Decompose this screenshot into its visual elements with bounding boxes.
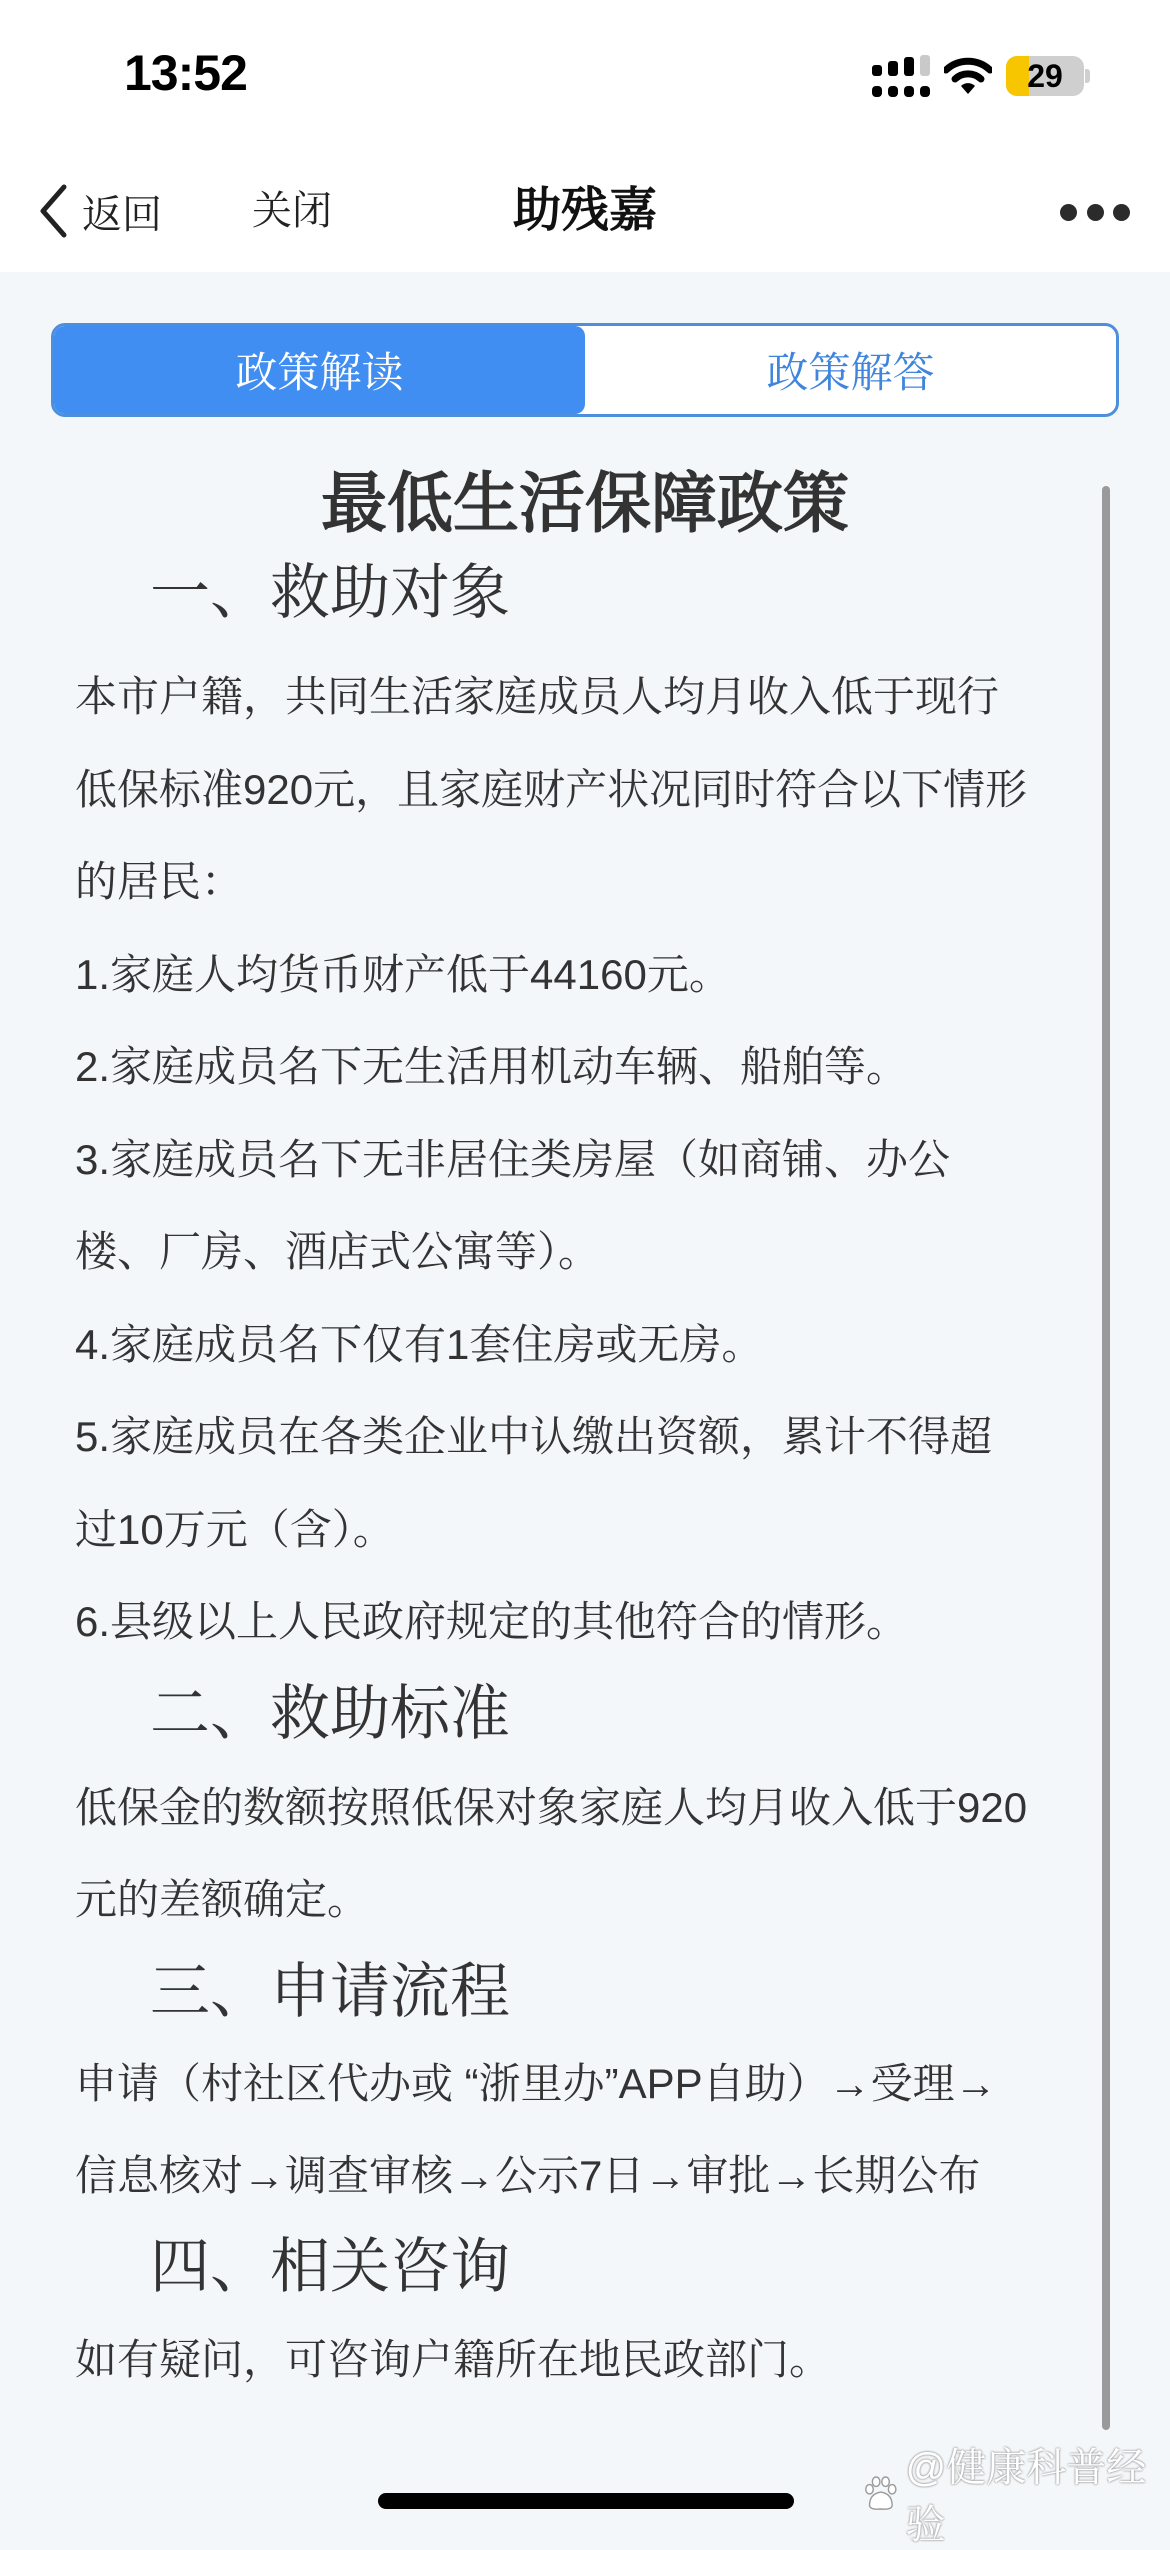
- signal-icon: [872, 55, 930, 97]
- section-heading: 一、救助对象: [150, 553, 510, 633]
- more-icon-dot: [1060, 204, 1077, 221]
- watermark: @健康科普经验: [862, 2468, 1170, 2518]
- tab-policy-interpretation[interactable]: 政策解读: [54, 326, 585, 414]
- document-title: 最低生活保障政策: [0, 458, 1170, 548]
- paragraph-line: 如有疑问，可咨询户籍所在地民政部门。: [75, 2330, 831, 2390]
- more-button[interactable]: [1060, 192, 1130, 232]
- section-heading: 二、救助标准: [150, 1674, 510, 1754]
- list-item: 2.家庭成员名下无生活用机动车辆、船舶等。: [75, 1037, 908, 1097]
- paragraph-line: 低保金的数额按照低保对象家庭人均月收入低于920: [75, 1778, 1027, 1838]
- more-icon-dot: [1113, 204, 1130, 221]
- section-heading: 四、相关咨询: [150, 2227, 510, 2307]
- list-item: 6.县级以上人民政府规定的其他符合的情形。: [75, 1592, 908, 1652]
- list-item: 3.家庭成员名下无非居住类房屋（如商铺、办公: [75, 1130, 950, 1190]
- list-item: 1.家庭人均货币财产低于44160元。: [75, 945, 731, 1005]
- page-title: 助残嘉: [0, 176, 1170, 246]
- tab-switcher: 政策解读 政策解答: [51, 323, 1119, 417]
- paragraph-line: 本市户籍，共同生活家庭成员人均月收入低于现行: [75, 667, 999, 727]
- list-item: 5.家庭成员在各类企业中认缴出资额，累计不得超: [75, 1407, 992, 1467]
- battery-icon: 29: [1006, 56, 1090, 96]
- paragraph-line: 申请（村社区代办或 “浙里办”APP自助）→受理→: [75, 2054, 997, 2114]
- status-time: 13:52: [124, 44, 247, 102]
- list-item: 楼、厂房、酒店式公寓等）。: [75, 1222, 600, 1282]
- paragraph-line: 低保标准920元，且家庭财产状况同时符合以下情形: [75, 760, 1027, 820]
- more-icon-dot: [1087, 204, 1104, 221]
- paragraph-line: 的居民：: [75, 852, 243, 912]
- watermark-text: @健康科普经验: [906, 2436, 1170, 2532]
- section-heading: 三、申请流程: [150, 1952, 510, 2032]
- status-icons: 29: [872, 54, 1090, 98]
- status-bar: 13:52 29: [0, 0, 1170, 150]
- baidu-paw-icon: [862, 2473, 900, 2513]
- list-item: 过10万元（含）。: [75, 1500, 395, 1560]
- list-item: 4.家庭成员名下仅有1套住房或无房。: [75, 1315, 763, 1375]
- paragraph-line: 元的差额确定。: [75, 1870, 369, 1930]
- battery-level: 29: [1006, 56, 1084, 96]
- paragraph-line: 信息核对→调查审核→公示7日→审批→长期公布: [75, 2146, 980, 2206]
- home-indicator[interactable]: [378, 2493, 794, 2509]
- tab-policy-answers[interactable]: 政策解答: [585, 326, 1116, 414]
- scrollbar[interactable]: [1102, 486, 1110, 2430]
- nav-bar: 返回 关闭 助残嘉: [0, 150, 1170, 272]
- wifi-icon: [944, 56, 992, 96]
